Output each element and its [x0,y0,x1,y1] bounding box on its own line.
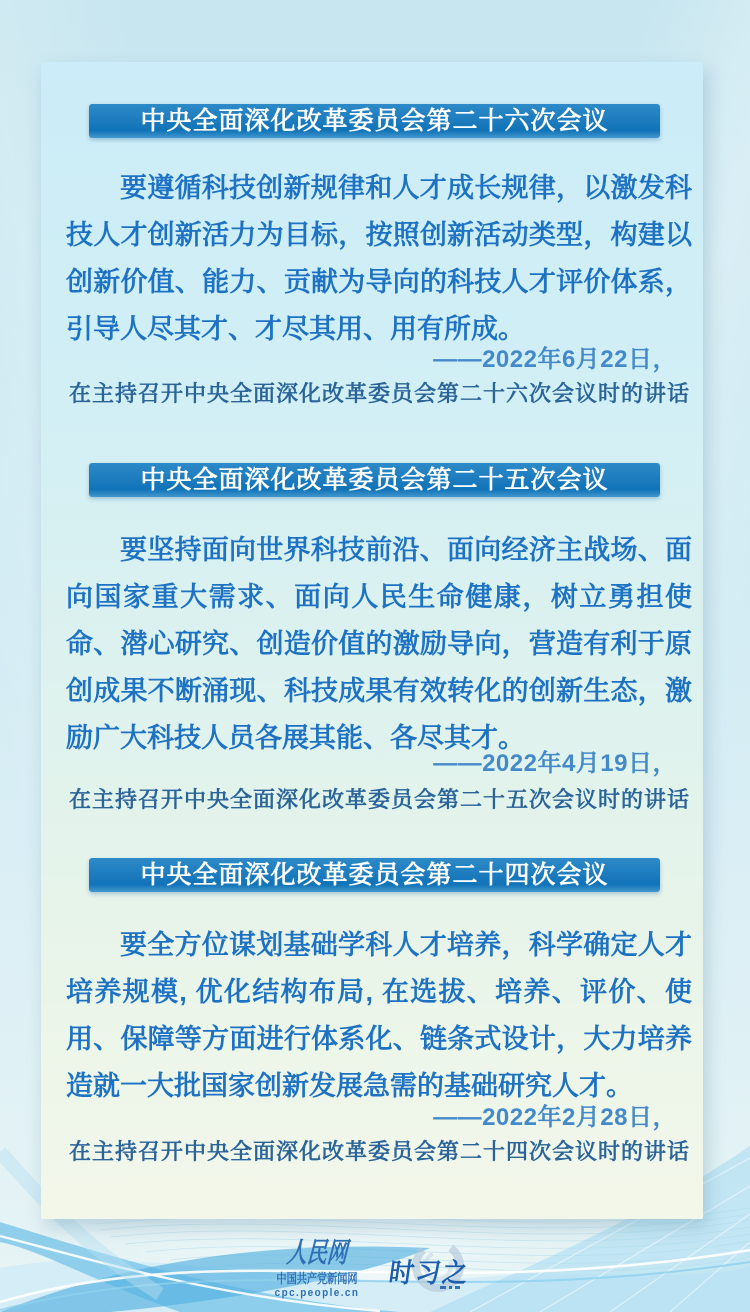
quote-paragraph: 要坚持面向世界科技前沿、面向经济主战场、面向国家重大需求、面向人民生命健康，树立… [66,527,692,762]
quote-attribution: 在主持召开中央全面深化改革委员会第二十四次会议时的讲话 [69,1139,690,1165]
quote-attribution: 在主持召开中央全面深化改革委员会第二十五次会议时的讲话 [69,787,690,813]
quote-card: 中央全面深化改革委员会第二十六次会议 要遵循科技创新规律和人才成长规律，以激发科… [41,62,703,1219]
quote-attribution: 在主持召开中央全面深化改革委员会第二十六次会议时的讲话 [69,381,690,407]
shixizhi-underline-marks [440,1286,460,1289]
peoples-daily-logo: 人民网 中国共产党新闻网 cpc.people.cn [263,1238,371,1300]
peoples-daily-subtitle: 中国共产党新闻网 [275,1271,359,1286]
quote-date: ——2022年6月22日， [433,346,677,374]
peoples-daily-url: cpc.people.cn [268,1287,365,1300]
poster-background: 中央全面深化改革委员会第二十六次会议 要遵循科技创新规律和人才成长规律，以激发科… [0,0,750,1312]
section-header-banner: 中央全面深化改革委员会第二十四次会议 [89,858,660,892]
quote-paragraph: 要遵循科技创新规律和人才成长规律，以激发科技人才创新活力为目标，按照创新活动类型… [66,165,692,353]
shixizhi-label: 时习之 [387,1251,473,1290]
quote-date: ——2022年2月28日， [433,1104,677,1132]
quote-paragraph: 要全方位谋划基础学科人才培养，科学确定人才培养规模, 优化结构布局, 在选拔、培… [66,922,692,1110]
section-header-banner: 中央全面深化改革委员会第二十六次会议 [89,104,660,138]
section-header-label: 中央全面深化改革委员会第二十四次会议 [140,861,608,889]
section-header-banner: 中央全面深化改革委员会第二十五次会议 [89,463,660,497]
section-header-label: 中央全面深化改革委员会第二十五次会议 [140,466,608,494]
section-header-label: 中央全面深化改革委员会第二十六次会议 [140,107,608,135]
peoples-daily-script-text: 人民网 [277,1238,357,1270]
shixizhi-logo: 时习之 [384,1236,484,1306]
quote-date: ——2022年4月19日， [433,750,677,778]
